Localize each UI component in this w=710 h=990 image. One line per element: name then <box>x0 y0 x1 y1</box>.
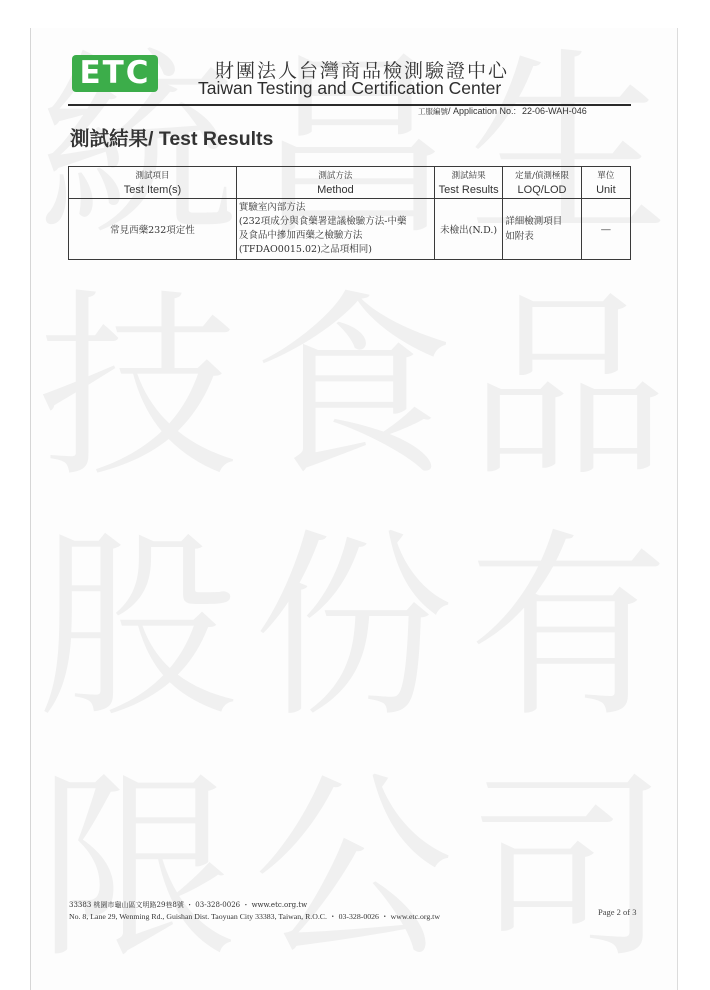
footer-address-en: No. 8, Lane 29, Wenming Rd., Guishan Dis… <box>69 911 440 922</box>
column-header-test-results: 測試結果 Test Results <box>434 167 502 199</box>
method-line: (232項成分與食藥署建議檢驗方法-中藥 <box>239 215 432 229</box>
loq-line: 詳細檢測項目 <box>505 214 578 229</box>
etc-logo: ETC <box>72 55 158 92</box>
table-header-row: 測試項目 Test Item(s) 測試方法 Method 測試結果 Test … <box>69 167 631 199</box>
document-content: ETC 財團法人台灣商品檢測驗證中心 Taiwan Testing and Ce… <box>0 0 710 990</box>
column-header-zh: 測試結果 <box>437 169 500 183</box>
application-no-label-en: / Application No.: <box>448 106 516 116</box>
method-line: (TFDAO0015.02)之品項相同) <box>239 243 432 257</box>
column-header-zh: 測試項目 <box>71 169 234 183</box>
test-results-table: 測試項目 Test Item(s) 測試方法 Method 測試結果 Test … <box>68 166 631 260</box>
cell-test-result: 未檢出(N.D.) <box>434 199 502 260</box>
column-header-zh: 定量/偵測極限 <box>505 169 578 183</box>
footer-address: 33383 桃園市龜山區文明路29巷8號 ・ 03-328-0026 ・ www… <box>69 900 440 922</box>
column-header-test-item: 測試項目 Test Item(s) <box>69 167 237 199</box>
column-header-en: Test Item(s) <box>71 183 234 197</box>
loq-line: 如附表 <box>505 229 578 244</box>
page-title-zh: 測試結果 <box>70 127 148 150</box>
column-header-en: LOQ/LOD <box>505 183 578 197</box>
org-name-en: Taiwan Testing and Certification Center <box>198 78 501 99</box>
application-no-label-zh: 工服編號 <box>418 107 448 116</box>
column-header-en: Test Results <box>437 183 500 197</box>
footer-address-zh: 33383 桃園市龜山區文明路29巷8號 ・ 03-328-0026 ・ www… <box>69 900 440 911</box>
cell-test-item: 常見西藥232項定性 <box>69 199 237 260</box>
column-header-en: Method <box>239 183 432 197</box>
method-line: 及食品中摻加西藥之檢驗方法 <box>239 229 432 243</box>
column-header-method: 測試方法 Method <box>236 167 434 199</box>
column-header-loq-lod: 定量/偵測極限 LOQ/LOD <box>503 167 581 199</box>
page-title: 測試結果/ Test Results <box>70 123 273 151</box>
method-line: 實驗室內部方法 <box>239 201 432 215</box>
page-number: Page 2 of 3 <box>598 907 636 917</box>
column-header-unit: 單位 Unit <box>581 167 630 199</box>
application-no-value: 22-06-WAH-046 <box>522 106 587 116</box>
column-header-zh: 測試方法 <box>239 169 432 183</box>
cell-unit: — <box>581 199 630 260</box>
column-header-zh: 單位 <box>584 169 628 183</box>
page-title-en: / Test Results <box>148 128 273 150</box>
column-header-en: Unit <box>584 183 628 197</box>
cell-loq-lod: 詳細檢測項目 如附表 <box>503 199 581 260</box>
table-row: 常見西藥232項定性 實驗室內部方法 (232項成分與食藥署建議檢驗方法-中藥 … <box>69 199 631 260</box>
application-number: 工服編號/ Application No.:22-06-WAH-046 <box>418 106 587 117</box>
cell-method: 實驗室內部方法 (232項成分與食藥署建議檢驗方法-中藥 及食品中摻加西藥之檢驗… <box>236 199 434 260</box>
